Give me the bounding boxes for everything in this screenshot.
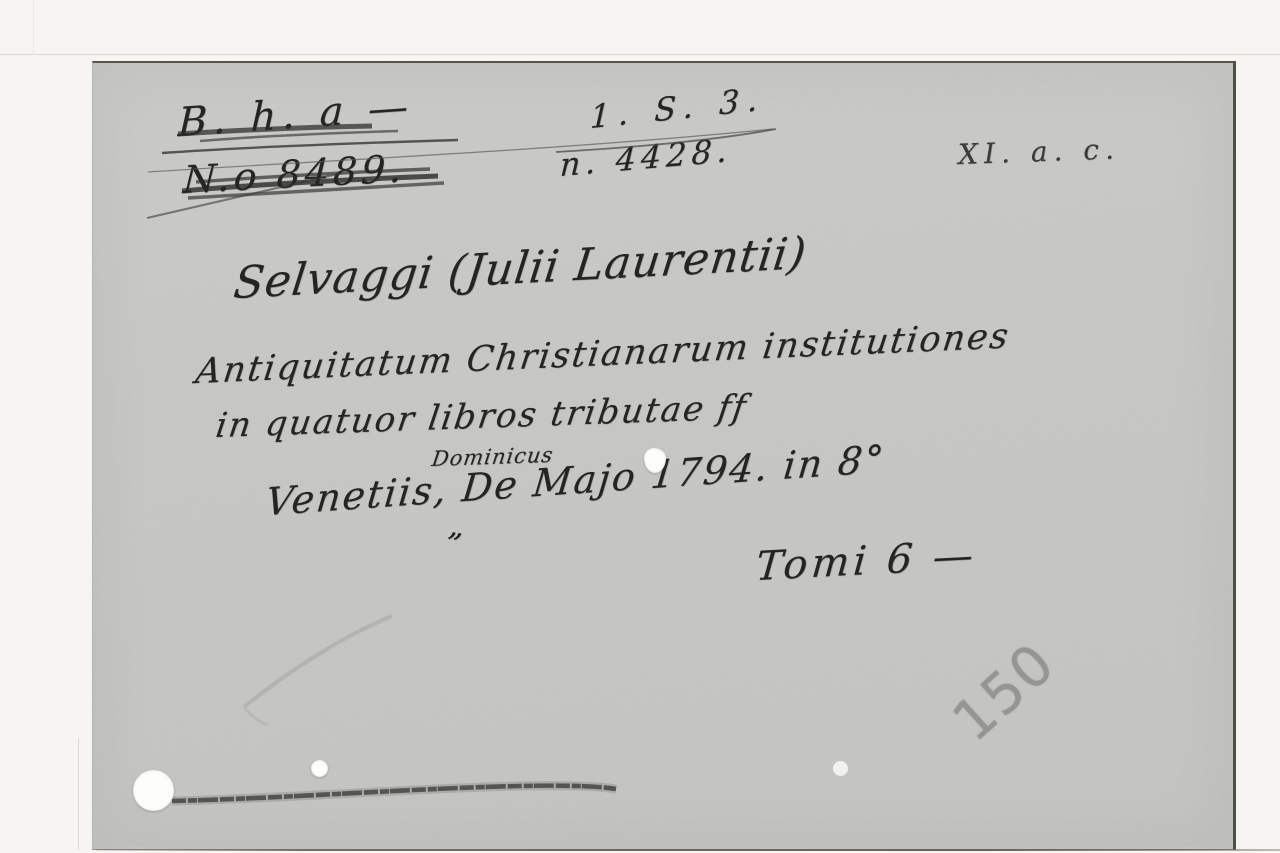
location-mark: XI. a. c. [957,132,1120,171]
scan-background: B. h. a — N.o 8489. 1. S. 3. n. 4428. XI… [0,0,1280,853]
punch-hole-bottom-right [833,761,848,776]
punch-hole-bottom-left [133,770,174,811]
backing-sheet-top-edge [0,54,1280,55]
backing-sheet-seam [33,0,34,55]
punch-hole-bottom-small [311,760,328,777]
backing-sheet-left-edge [78,738,79,850]
